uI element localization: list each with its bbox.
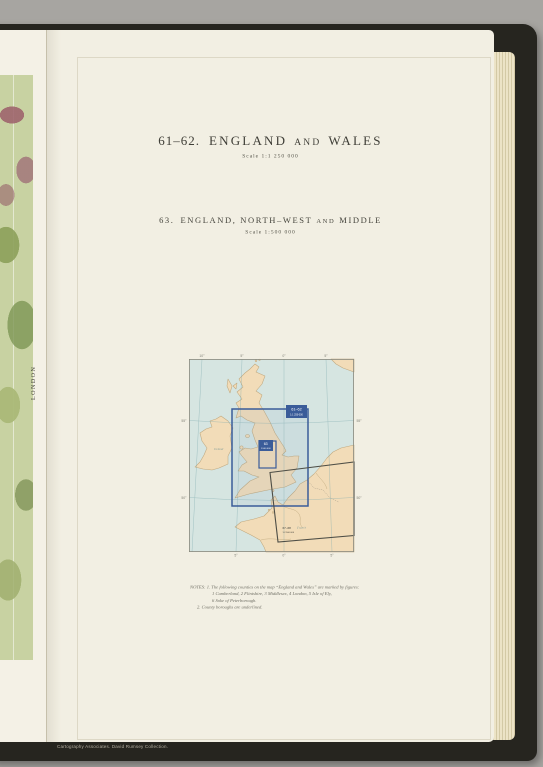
note-line: 2. County boroughs are underlined. bbox=[190, 604, 376, 611]
channel-island bbox=[268, 509, 270, 511]
title-word: ENGLAND bbox=[209, 133, 287, 148]
tick-label-right: 55° bbox=[357, 419, 363, 423]
sheet-label-61-62: 61–62 1:1 250 000 bbox=[286, 405, 307, 418]
sheet-label-number: 67–68 bbox=[283, 526, 292, 530]
tick-label-bottom: 0° bbox=[282, 554, 286, 558]
tick-label-left: 50° bbox=[181, 496, 187, 500]
channel-island bbox=[272, 512, 274, 514]
sheet-outline-61-62 bbox=[232, 409, 308, 506]
collection-watermark: Cartography Associates. David Rumsey Col… bbox=[57, 744, 168, 749]
title-word: MIDDLE bbox=[339, 215, 382, 225]
title-conjunction: AND bbox=[294, 138, 321, 148]
open-atlas-spread: LONDON 61–62.ENGLANDANDWALES Scale 1:1 2… bbox=[0, 30, 494, 742]
sheet-label-scale: 1:2 500 000 bbox=[283, 532, 295, 534]
tick-label-left: 55° bbox=[181, 419, 187, 423]
tick-label-bottom: 5° bbox=[234, 554, 238, 558]
sheet-label-number: 61–62 bbox=[291, 408, 302, 412]
place-label-ireland: Ireland bbox=[213, 447, 224, 451]
title-word: WALES bbox=[328, 133, 382, 148]
note-line: 6 Soke of Peterborough. bbox=[190, 597, 376, 604]
sheet-title-block-63: 63.ENGLAND, NORTH–WESTANDMIDDLE Scale 1:… bbox=[47, 215, 494, 241]
tick-label-right: 50° bbox=[357, 496, 363, 500]
page-titles: 61–62.ENGLANDANDWALES Scale 1:1 250 000 … bbox=[47, 133, 494, 241]
sheet-scale-61-62: Scale 1:1 250 000 bbox=[159, 153, 383, 159]
note-line: NOTES: 1. The following counties on the … bbox=[190, 584, 376, 591]
sheet-label-scale: 1:500 000 bbox=[261, 448, 272, 450]
sheet-label-scale: 1:1 250 000 bbox=[290, 414, 303, 417]
previous-map-sliver bbox=[0, 75, 33, 660]
sheet-label-number: 63 bbox=[264, 442, 268, 446]
sheet-label-63: 63 1:500 000 bbox=[259, 440, 274, 451]
title-word: ENGLAND, NORTH–WEST bbox=[181, 215, 313, 225]
sheet-number: 63. bbox=[159, 215, 174, 225]
index-map-canvas: 61–62 1:1 250 000 63 1:500 000 67–68 1:2… bbox=[179, 353, 364, 558]
left-page-sliver: LONDON bbox=[0, 30, 47, 742]
tick-label-bottom: 5° bbox=[330, 554, 334, 558]
orkney bbox=[255, 360, 257, 362]
tick-label-top: 5° bbox=[240, 354, 244, 358]
left-page-margin-label: LONDON bbox=[31, 352, 45, 414]
title-conjunction: AND bbox=[316, 218, 335, 225]
sheet-number: 61–62. bbox=[158, 133, 200, 148]
sheet-scale-63: Scale 1:500 000 bbox=[159, 229, 383, 235]
sheet-title-61-62: 61–62.ENGLANDANDWALES bbox=[47, 133, 494, 149]
tick-label-top: 5° bbox=[324, 354, 328, 358]
sheet-title-63: 63.ENGLAND, NORTH–WESTANDMIDDLE bbox=[47, 215, 494, 225]
tick-label-top: 0° bbox=[282, 354, 286, 358]
notes-block: NOTES: 1. The following counties on the … bbox=[190, 584, 376, 611]
index-page: 61–62.ENGLANDANDWALES Scale 1:1 250 000 … bbox=[47, 30, 494, 742]
tick-label-top: 10° bbox=[199, 354, 205, 358]
index-map: 61–62 1:1 250 000 63 1:500 000 67–68 1:2… bbox=[179, 353, 364, 558]
note-line: 1 Cumberland, 2 Flintshire, 3 Middlesex,… bbox=[190, 591, 376, 598]
place-label-france: France bbox=[296, 525, 307, 530]
page-edge-stack bbox=[491, 52, 515, 740]
